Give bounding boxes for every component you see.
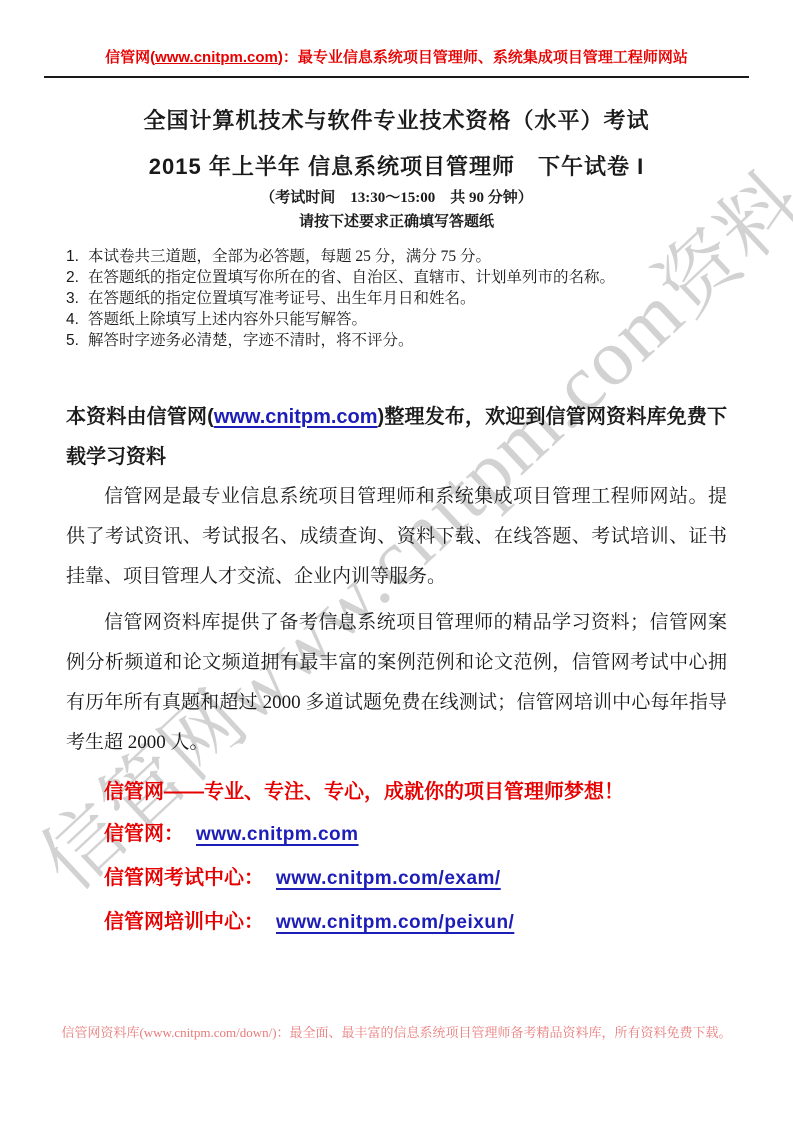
instruction-text: 在答题纸的指定位置填写准考证号、出生年月日和姓名。 bbox=[88, 290, 476, 307]
exam-center-label: 信管网考试中心： bbox=[104, 867, 264, 889]
instruction-item: 1.本试卷共三道题，全部为必答题，每题 25 分，满分 75 分。 bbox=[66, 246, 727, 267]
training-center-link-row: 信管网培训中心：www.cnitpm.com/peixun/ bbox=[66, 901, 727, 945]
exam-center-link[interactable]: www.cnitpm.com/exam/ bbox=[276, 868, 501, 889]
header-site-prefix: 信管网( bbox=[105, 49, 155, 66]
page-footer: 信管网资料库(www.cnitpm.com/down/)：最全面、最丰富的信息系… bbox=[0, 1022, 793, 1041]
header-site-link[interactable]: www.cnitpm.com bbox=[155, 49, 278, 66]
instruction-text: 答题纸上除填写上述内容外只能写解答。 bbox=[88, 311, 367, 328]
resources-paragraph: 信管网资料库提供了备考信息系统项目管理师的精品学习资料；信管网案例分析频道和论文… bbox=[66, 603, 727, 763]
answer-sheet-note: 请按下述要求正确填写答题纸 bbox=[66, 210, 727, 231]
site-link-row: 信管网：www.cnitpm.com bbox=[66, 813, 727, 857]
intro-prefix: 本资料由信管网( bbox=[66, 406, 214, 428]
header-divider bbox=[44, 76, 749, 78]
instruction-item: 2.在答题纸的指定位置填写你所在的省、自治区、直辖市、计划单列市的名称。 bbox=[66, 267, 727, 288]
page-content: 信管网(www.cnitpm.com)：最专业信息系统项目管理师、系统集成项目管… bbox=[0, 46, 793, 945]
intro-paragraph: 本资料由信管网(www.cnitpm.com)整理发布，欢迎到信管网资料库免费下… bbox=[66, 397, 727, 477]
instruction-number: 5. bbox=[66, 330, 79, 351]
exam-time-info: （考试时间 13:30～15:00 共 90 分钟） bbox=[66, 186, 727, 207]
exam-cover-page: 信管网www.cnitpm.com资料 信管网(www.cnitpm.com)：… bbox=[0, 0, 793, 1122]
site-link-label: 信管网： bbox=[104, 823, 184, 845]
slogan-line: 信管网——专业、专注、专心，成就你的项目管理师梦想！ bbox=[66, 771, 727, 813]
exam-center-link-row: 信管网考试中心：www.cnitpm.com/exam/ bbox=[66, 857, 727, 901]
page-header: 信管网(www.cnitpm.com)：最专业信息系统项目管理师、系统集成项目管… bbox=[66, 46, 727, 67]
intro-site-link[interactable]: www.cnitpm.com bbox=[214, 406, 378, 428]
instruction-number: 2. bbox=[66, 267, 79, 288]
instruction-item: 3.在答题纸的指定位置填写准考证号、出生年月日和姓名。 bbox=[66, 288, 727, 309]
about-paragraph: 信管网是最专业信息系统项目管理师和系统集成项目管理工程师网站。提供了考试资讯、考… bbox=[66, 477, 727, 597]
header-site-suffix: )：最专业信息系统项目管理师、系统集成项目管理工程师网站 bbox=[278, 49, 688, 66]
instruction-item: 5.解答时字迹务必清楚，字迹不清时，将不评分。 bbox=[66, 330, 727, 351]
instruction-number: 1. bbox=[66, 246, 79, 267]
training-center-link[interactable]: www.cnitpm.com/peixun/ bbox=[276, 912, 514, 933]
instruction-list: 1.本试卷共三道题，全部为必答题，每题 25 分，满分 75 分。 2.在答题纸… bbox=[66, 246, 727, 351]
site-home-link[interactable]: www.cnitpm.com bbox=[196, 824, 359, 845]
exam-title: 全国计算机技术与软件专业技术资格（水平）考试 bbox=[66, 104, 727, 135]
instruction-text: 解答时字迹务必清楚，字迹不清时，将不评分。 bbox=[88, 332, 414, 349]
instruction-text: 在答题纸的指定位置填写你所在的省、自治区、直辖市、计划单列市的名称。 bbox=[88, 269, 615, 286]
instruction-number: 4. bbox=[66, 309, 79, 330]
training-center-label: 信管网培训中心： bbox=[104, 911, 264, 933]
instruction-number: 3. bbox=[66, 288, 79, 309]
instruction-text: 本试卷共三道题，全部为必答题，每题 25 分，满分 75 分。 bbox=[88, 248, 491, 265]
instruction-item: 4.答题纸上除填写上述内容外只能写解答。 bbox=[66, 309, 727, 330]
exam-subtitle: 2015 年上半年 信息系统项目管理师 下午试卷 I bbox=[66, 150, 727, 181]
